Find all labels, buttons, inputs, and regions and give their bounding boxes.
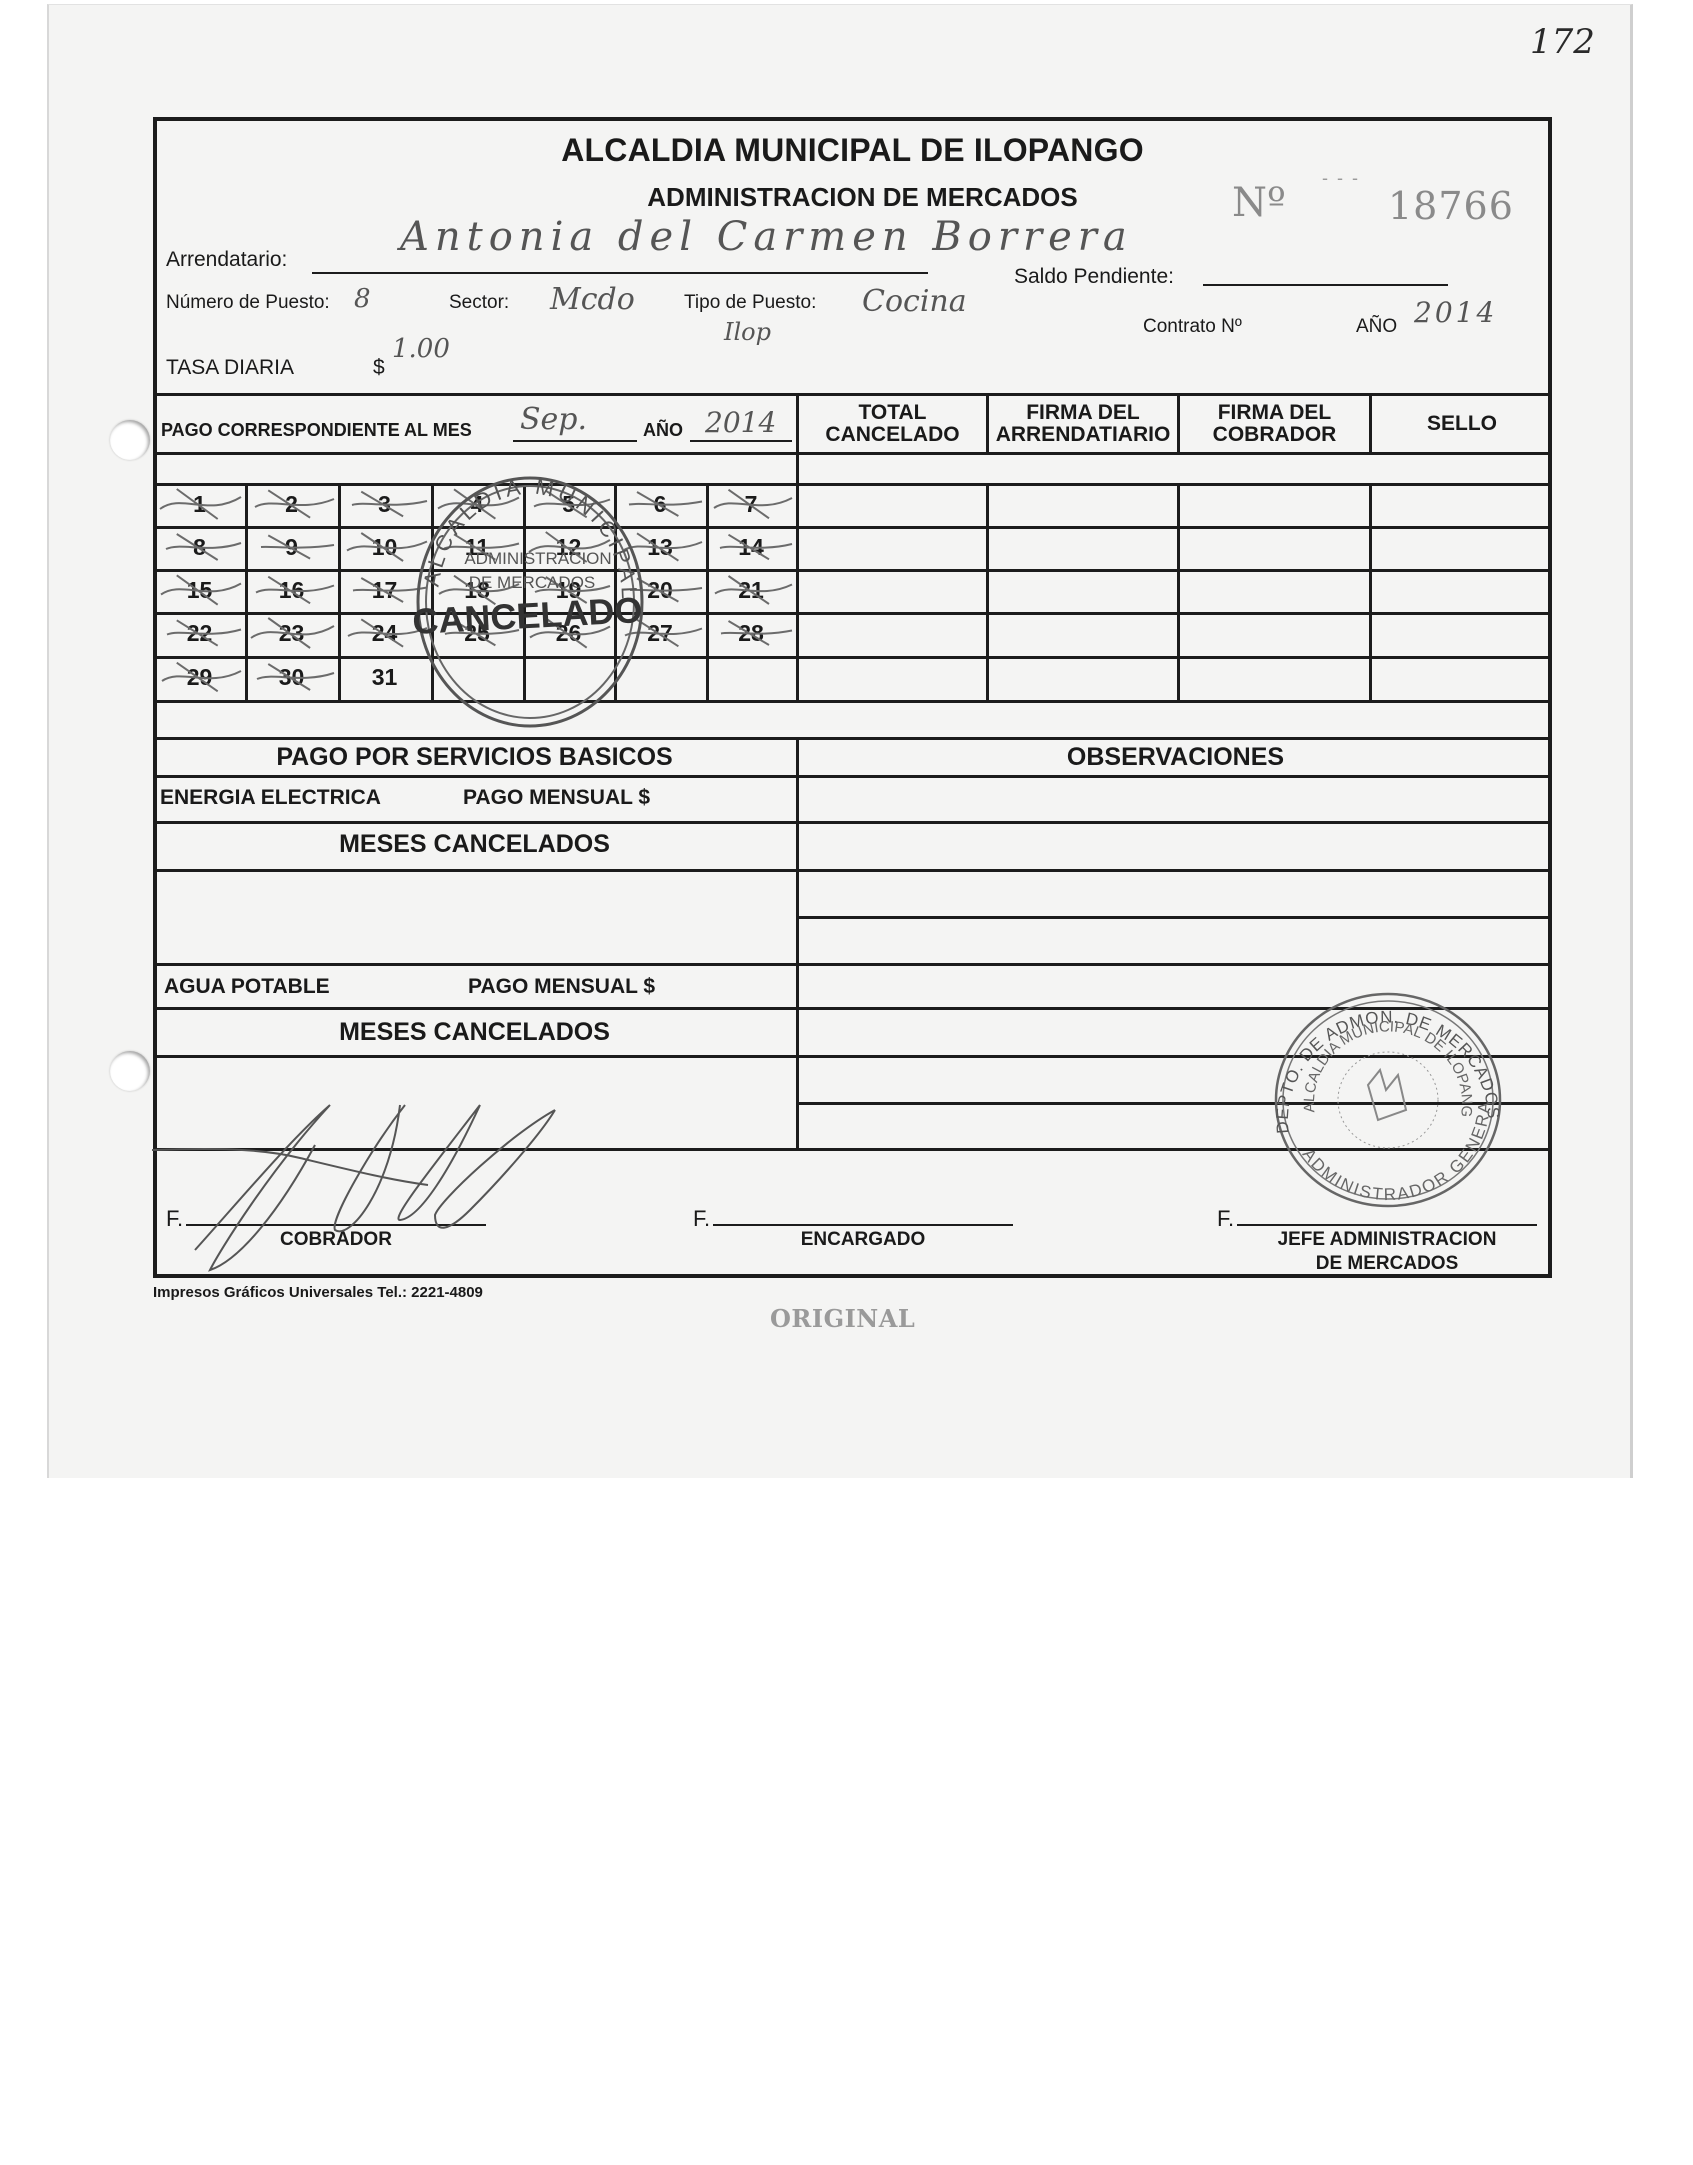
cross-out-mark-icon bbox=[154, 526, 245, 569]
calendar-day-cell[interactable]: 19 bbox=[523, 569, 614, 612]
cross-out-mark-icon bbox=[431, 483, 523, 526]
firma-cobrador-cell[interactable] bbox=[1180, 486, 1369, 526]
calendar-day-cell[interactable]: 4 bbox=[431, 483, 523, 526]
saldo-label: Saldo Pendiente: bbox=[1014, 265, 1174, 289]
calendar-day-cell[interactable]: 22 bbox=[154, 612, 245, 656]
firma-encargado-line[interactable] bbox=[713, 1224, 1013, 1226]
arrendatario-field[interactable]: Antonia del Carmen Borrera bbox=[400, 214, 1133, 260]
contrato-label: Contrato Nº bbox=[1143, 316, 1242, 338]
calendar-day-cell[interactable]: 25 bbox=[431, 612, 523, 656]
calendar-day-cell[interactable]: 7 bbox=[706, 483, 796, 526]
calendar-day-cell[interactable]: 12 bbox=[523, 526, 614, 569]
firma-jefe-line[interactable] bbox=[1237, 1224, 1537, 1226]
cross-out-mark-icon bbox=[706, 526, 796, 569]
cross-out-mark-icon bbox=[614, 526, 706, 569]
puesto-label: Número de Puesto: bbox=[166, 292, 330, 314]
calendar-day-cell[interactable]: 18 bbox=[431, 569, 523, 612]
firma-arrendatario-cell[interactable] bbox=[989, 486, 1177, 526]
cross-out-mark-icon bbox=[431, 526, 523, 569]
pago-mes-field[interactable]: Sep. bbox=[520, 402, 587, 437]
cross-out-mark-icon bbox=[154, 483, 245, 526]
tipo-puesto-label: Tipo de Puesto: bbox=[684, 292, 816, 314]
calendar-day-cell[interactable]: 29 bbox=[154, 656, 245, 700]
calendar-day-cell[interactable]: 28 bbox=[706, 612, 796, 656]
calendar-day-cell[interactable]: 2 bbox=[245, 483, 338, 526]
cross-out-mark-icon bbox=[338, 483, 431, 526]
cross-out-mark-icon bbox=[245, 569, 338, 612]
divider bbox=[153, 700, 1552, 703]
copy-label: ORIGINAL bbox=[770, 1304, 915, 1333]
firma-arrendatario-cell[interactable] bbox=[989, 615, 1177, 656]
total-cancelado-cell[interactable] bbox=[799, 615, 986, 656]
calendar-day-cell[interactable]: 30 bbox=[245, 656, 338, 700]
divider bbox=[153, 1148, 1552, 1151]
calendar-empty-cell bbox=[614, 656, 706, 700]
agua-meses-label: MESES CANCELADOS bbox=[153, 1018, 796, 1047]
sello-cell[interactable] bbox=[1372, 659, 1552, 700]
tasa-currency: $ bbox=[373, 356, 385, 380]
cross-out-mark-icon bbox=[523, 569, 614, 612]
pago-mes-underline bbox=[513, 440, 637, 442]
firma-arrendatario-cell[interactable] bbox=[989, 529, 1177, 569]
cross-out-mark-icon bbox=[338, 612, 431, 655]
energia-pago-label: PAGO MENSUAL $ bbox=[463, 786, 650, 810]
cross-out-mark-icon bbox=[154, 656, 245, 699]
cross-out-mark-icon bbox=[523, 526, 614, 569]
arrendatario-label: Arrendatario: bbox=[166, 248, 287, 272]
divider bbox=[153, 737, 1552, 740]
divider bbox=[796, 737, 799, 1149]
cross-out-mark-icon bbox=[706, 612, 796, 655]
calendar-day-number: 31 bbox=[338, 664, 431, 691]
pago-mes-label: PAGO CORRESPONDIENTE AL MES bbox=[161, 420, 472, 441]
receipt-number-prefix: - - - bbox=[1322, 168, 1360, 189]
calendar-day-cell[interactable]: 8 bbox=[154, 526, 245, 569]
firma-jefe-caption: JEFE ADMINISTRACIONDE MERCADOS bbox=[1237, 1228, 1537, 1276]
receipt-number-label: Nº bbox=[1232, 180, 1286, 226]
calendar-day-cell[interactable]: 14 bbox=[706, 526, 796, 569]
divider bbox=[153, 452, 1552, 455]
calendar-day-cell[interactable]: 10 bbox=[338, 526, 431, 569]
binder-hole bbox=[110, 420, 150, 460]
total-cancelado-cell[interactable] bbox=[799, 529, 986, 569]
calendar-day-cell[interactable]: 13 bbox=[614, 526, 706, 569]
calendar-day-cell[interactable]: 23 bbox=[245, 612, 338, 656]
total-cancelado-cell[interactable] bbox=[799, 572, 986, 612]
cross-out-mark-icon bbox=[338, 526, 431, 569]
divider bbox=[153, 775, 1552, 778]
firma-cobrador-caption: COBRADOR bbox=[186, 1228, 486, 1252]
firma-cobrador-cell[interactable] bbox=[1180, 615, 1369, 656]
calendar-day-cell[interactable]: 15 bbox=[154, 569, 245, 612]
firma-cobrador-cell[interactable] bbox=[1180, 529, 1369, 569]
pago-anio-underline bbox=[690, 440, 792, 442]
calendar-day-cell[interactable]: 3 bbox=[338, 483, 431, 526]
calendar-day-cell[interactable]: 31 bbox=[338, 656, 431, 700]
form-title: ALCALDIA MUNICIPAL DE ILOPANGO bbox=[153, 132, 1552, 169]
agua-pago-label: PAGO MENSUAL $ bbox=[468, 975, 655, 999]
energia-meses-label: MESES CANCELADOS bbox=[153, 830, 796, 859]
cross-out-mark-icon bbox=[614, 612, 706, 655]
cross-out-mark-icon bbox=[245, 483, 338, 526]
cross-out-mark-icon bbox=[154, 569, 245, 612]
sector-field[interactable]: Mcdo bbox=[550, 282, 635, 317]
sello-cell[interactable] bbox=[1372, 615, 1552, 656]
firma-prefix: F. bbox=[166, 1206, 183, 1232]
firma-cobrador-cell[interactable] bbox=[1180, 659, 1369, 700]
arrendatario-underline bbox=[312, 272, 928, 274]
tasa-diaria-label: TASA DIARIA bbox=[166, 356, 294, 380]
pago-anio-field[interactable]: 2014 bbox=[705, 406, 776, 439]
firma-prefix: F. bbox=[1217, 1206, 1234, 1232]
firma-arrendatario-cell[interactable] bbox=[989, 572, 1177, 612]
col-total-cancelado: TOTALCANCELADO bbox=[799, 402, 986, 446]
anio-label: AÑO bbox=[1356, 316, 1397, 338]
col-firma-cobrador: FIRMA DELCOBRADOR bbox=[1180, 402, 1369, 446]
printer-credit: Impresos Gráficos Universales Tel.: 2221… bbox=[153, 1284, 483, 1301]
calendar-day-cell[interactable]: 11 bbox=[431, 526, 523, 569]
firma-encargado-caption: ENCARGADO bbox=[713, 1228, 1013, 1252]
cross-out-mark-icon bbox=[245, 656, 338, 699]
calendar-day-cell[interactable]: 16 bbox=[245, 569, 338, 612]
agua-label: AGUA POTABLE bbox=[164, 975, 330, 999]
firma-prefix: F. bbox=[693, 1206, 710, 1232]
cross-out-mark-icon bbox=[245, 526, 338, 569]
cross-out-mark-icon bbox=[523, 612, 614, 655]
calendar-day-cell[interactable]: 1 bbox=[154, 483, 245, 526]
observaciones-title: OBSERVACIONES bbox=[799, 743, 1552, 772]
calendar-day-cell[interactable]: 5 bbox=[523, 483, 614, 526]
firma-arrendatario-cell[interactable] bbox=[989, 659, 1177, 700]
calendar-day-cell[interactable]: 21 bbox=[706, 569, 796, 612]
calendar-day-cell[interactable]: 26 bbox=[523, 612, 614, 656]
sello-cell[interactable] bbox=[1372, 572, 1552, 612]
firma-cobrador-cell[interactable] bbox=[1180, 572, 1369, 612]
cross-out-mark-icon bbox=[706, 483, 796, 526]
observaciones-field[interactable] bbox=[800, 779, 1550, 1145]
cross-out-mark-icon bbox=[706, 569, 796, 612]
calendar-day-cell[interactable]: 9 bbox=[245, 526, 338, 569]
servicios-basicos-title: PAGO POR SERVICIOS BASICOS bbox=[153, 743, 796, 772]
firma-cobrador-line[interactable] bbox=[186, 1224, 486, 1226]
energia-meses-field[interactable] bbox=[157, 873, 795, 962]
sello-cell[interactable] bbox=[1372, 529, 1552, 569]
tasa-diaria-field[interactable]: 1.00 bbox=[392, 334, 450, 364]
pago-anio-label: AÑO bbox=[643, 420, 683, 441]
calendar-day-cell[interactable]: 6 bbox=[614, 483, 706, 526]
sector-label: Sector: bbox=[449, 292, 509, 314]
sello-cell[interactable] bbox=[1372, 486, 1552, 526]
col-sello: SELLO bbox=[1372, 413, 1552, 435]
cross-out-mark-icon bbox=[245, 612, 338, 655]
saldo-field[interactable] bbox=[1203, 284, 1448, 286]
cross-out-mark-icon bbox=[614, 483, 706, 526]
tipo-puesto-note: Ilop bbox=[724, 318, 771, 346]
total-cancelado-cell[interactable] bbox=[799, 486, 986, 526]
cross-out-mark-icon bbox=[154, 612, 245, 655]
energia-label: ENERGIA ELECTRICA bbox=[160, 786, 381, 810]
cross-out-mark-icon bbox=[614, 569, 706, 612]
puesto-field[interactable]: 8 bbox=[354, 284, 371, 314]
calendar-day-cell[interactable]: 17 bbox=[338, 569, 431, 612]
receipt-number: 18766 bbox=[1388, 184, 1514, 228]
calendar-day-cell[interactable]: 27 bbox=[614, 612, 706, 656]
cross-out-mark-icon bbox=[338, 569, 431, 612]
col-firma-arrendatario: FIRMA DELARRENDATIARIO bbox=[989, 402, 1177, 446]
calendar-day-cell[interactable]: 20 bbox=[614, 569, 706, 612]
calendar-empty-cell bbox=[706, 656, 796, 700]
total-cancelado-cell[interactable] bbox=[799, 659, 986, 700]
calendar-empty-cell bbox=[523, 656, 614, 700]
binder-hole bbox=[110, 1051, 150, 1091]
page-annotation: 172 bbox=[1530, 22, 1595, 62]
tipo-puesto-field[interactable]: Cocina bbox=[862, 284, 967, 319]
calendar-day-cell[interactable]: 24 bbox=[338, 612, 431, 656]
cross-out-mark-icon bbox=[523, 483, 614, 526]
cross-out-mark-icon bbox=[431, 569, 523, 612]
cross-out-mark-icon bbox=[431, 612, 523, 655]
anio-field[interactable]: 2014 bbox=[1414, 296, 1497, 329]
calendar-empty-cell bbox=[431, 656, 523, 700]
divider bbox=[153, 393, 1552, 396]
